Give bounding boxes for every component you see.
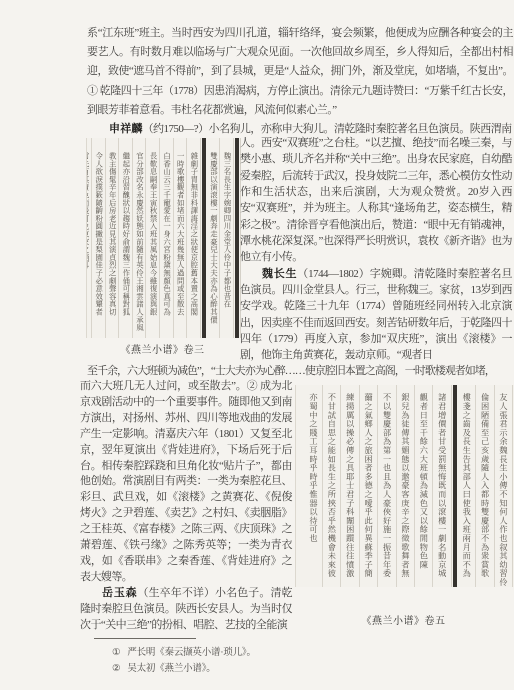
footnotes: ①严长明《秦云撷英小谱·琐儿》。 ②吴太初《燕兰小谱》。: [112, 645, 412, 677]
footnote-divider: [94, 638, 196, 639]
page-fold-bar: [202, 138, 206, 338]
vertical-column: 倫困陋備至己亥歲隨人入都時雙慶部不為衆賞歌: [476, 385, 494, 587]
lower-text-region: 而六大班几无人过问，或至散去”。② 成为北京戏剧活动中的一个重要事件。随即他又到…: [80, 379, 292, 634]
mid-text-region: 人。西安“双赛班”之台柱。“以艺擅、绝技”而名噪三秦，与樊小惠、琐儿齐名并称“关…: [240, 135, 512, 364]
paragraph-yue: 岳玉森（生卒年不详）小名色子。清乾隆时秦腔旦色演员。陕西长安县人。为当时仅次于“…: [80, 586, 292, 634]
page-fold-bar: [453, 385, 457, 587]
shen-opening-text: （约1750—?）小名狗儿，亦称申大狗儿。清乾隆时秦腔著名旦色演员。陕西渭南: [143, 123, 512, 135]
vertical-column: 令人欲淚撲簌隨齣粉圓撇是梨園佳子必意效顰者: [92, 138, 106, 338]
vertical-column: 雙慶部以演滾樓一劇奔走豪兒士大夫亦為心醉其儇: [207, 138, 221, 338]
paragraph-continuation: 系“江东班”班主。当时西安为四川孔道，辎轩络绎，宴会频繁，他便成为应酬各种宴会的…: [87, 24, 513, 120]
performer-name-shen: 申祥麟: [109, 123, 143, 135]
figure-caption-vol3: 《燕兰小谱》卷三: [86, 341, 239, 356]
footnote-marker: ②: [112, 664, 120, 674]
vertical-column: 不甘試自思之能如長生之所挾否乎然機會未來彼: [323, 385, 341, 587]
figure-caption-vol5: 《燕兰小谱》卷五: [295, 612, 512, 627]
performer-name-yue: 岳玉森: [102, 587, 138, 599]
vertical-column: 友人張君示余魏長生小傳不知何人作也叙其幼習伶: [495, 385, 513, 587]
vertical-column: 諸君增價者甘受罰無悔既而以滾樓一劇名動京城: [433, 385, 451, 587]
vertical-column: 一時歌樓觀者如堵而六大班幾無人過問或至散去: [174, 138, 188, 338]
vertical-column: 觀者日至千餘六大班頓為減色又以餘閒物色陳: [415, 385, 433, 587]
vertical-column: 練揚厲以操必傳之具耶士君子科闈困躓往往憤激: [341, 385, 359, 587]
paragraph-wei-upper: 魏长生（1744—1802）字婉卿。清乾隆时秦腔著名旦色演员。四川金堂县人。行三…: [240, 266, 512, 364]
paragraph-wei-lower: 而六大班几无人过问，或至散去”。② 成为北京戏剧活动中的一个重要事件。随即他又到…: [80, 379, 292, 586]
vertical-column: 不以雙慶部為第一也且為人豪俠好施一振昔年委: [378, 385, 396, 587]
bridge-line: 至千余，六大班顿为减色”，“士大夫亦为心醉……使京腔旧本置之高阁，一时歌楼观者如…: [87, 363, 513, 379]
vertical-column: 雜劇子胄無非科諢誨淫之狀使京腔舊本置之高閣: [187, 138, 201, 338]
paragraph-shen-continuation: 人。西安“双赛班”之台柱。“以艺擅、绝技”而名噪三秦，与樊小惠、琐儿齐名并称“关…: [240, 135, 512, 266]
scan-figure-yanlan-vol5: 友人張君示余魏長生小傳不知何人作也叙其幼習伶 倫困陋備至己亥歲隨人入都時雙慶部不…: [295, 385, 514, 587]
vertical-column: 長歎息嗣奉王寅秋禁入班其風始息今雖復演與銀: [146, 138, 160, 338]
performer-name-wei: 魏长生: [262, 268, 297, 280]
vertical-column: 銀兒為徒傳其媚態以邀豪客庚辛之際徵歌舞者無: [397, 385, 415, 587]
vertical-column: 樓戔之齒及長生告其部人曰使我入班兩月而不為: [458, 385, 476, 587]
top-text-region: 系“江东班”班主。当时西安为四川孔道，辎轩络绎，宴会频繁，他便成为应酬各种宴会的…: [87, 24, 513, 139]
footnote-item: ①严长明《秦云撷英小谱·琐儿》。: [112, 645, 412, 661]
footnote-text: 严长明《秦云撷英小谱·琐儿》。: [127, 648, 255, 658]
wei-upper-text: （1744—1802）字婉卿。清乾隆时秦腔著名旦色演员。四川金堂县人。行三，世称…: [240, 268, 512, 362]
page-fold-bar: [235, 138, 239, 338]
book-page: 系“江东班”班主。当时西安为四川孔道，辎轩络绎，宴会频繁，他便成为应酬各种宴会的…: [0, 0, 514, 690]
vertical-column: 教主傷髦辛年后房老近見其演貞烈之劇聲容真切: [106, 138, 120, 338]
vertical-column: 亦蜀中之賤工耳時乎時乎惟器以待可也: [305, 385, 323, 587]
footnote-item: ②吴太初《燕兰小谱》。: [112, 661, 412, 677]
footnote-text: 吴太初《燕兰小谱》。: [127, 664, 215, 674]
vertical-column: 魏三名長生字婉卿四川金堂人伶中子都也昔在: [220, 138, 234, 338]
vertical-column: 薾之氣鄉人之旅困者多德之噯乎此何異蘇季子簡: [360, 385, 378, 587]
vertical-column: 官分部改名永慶然妖態如前隨有英伶王湘雲諸人承風: [133, 138, 147, 338]
footnote-marker: ①: [112, 648, 120, 658]
vertical-column: 白香山云三千寵愛在一身六宮粉黛無顏色真可為: [160, 138, 174, 338]
vertical-column: 繼起亦沿習醜狀以趨時好俞謂魏三作俑可稱對狐: [119, 138, 133, 338]
scan-figure-yanlan-vol3: 魏三名長生字婉卿四川金堂人伶中子都也昔在 雙慶部以演滾樓一劇奔走豪兒士大夫亦為心…: [86, 138, 241, 338]
